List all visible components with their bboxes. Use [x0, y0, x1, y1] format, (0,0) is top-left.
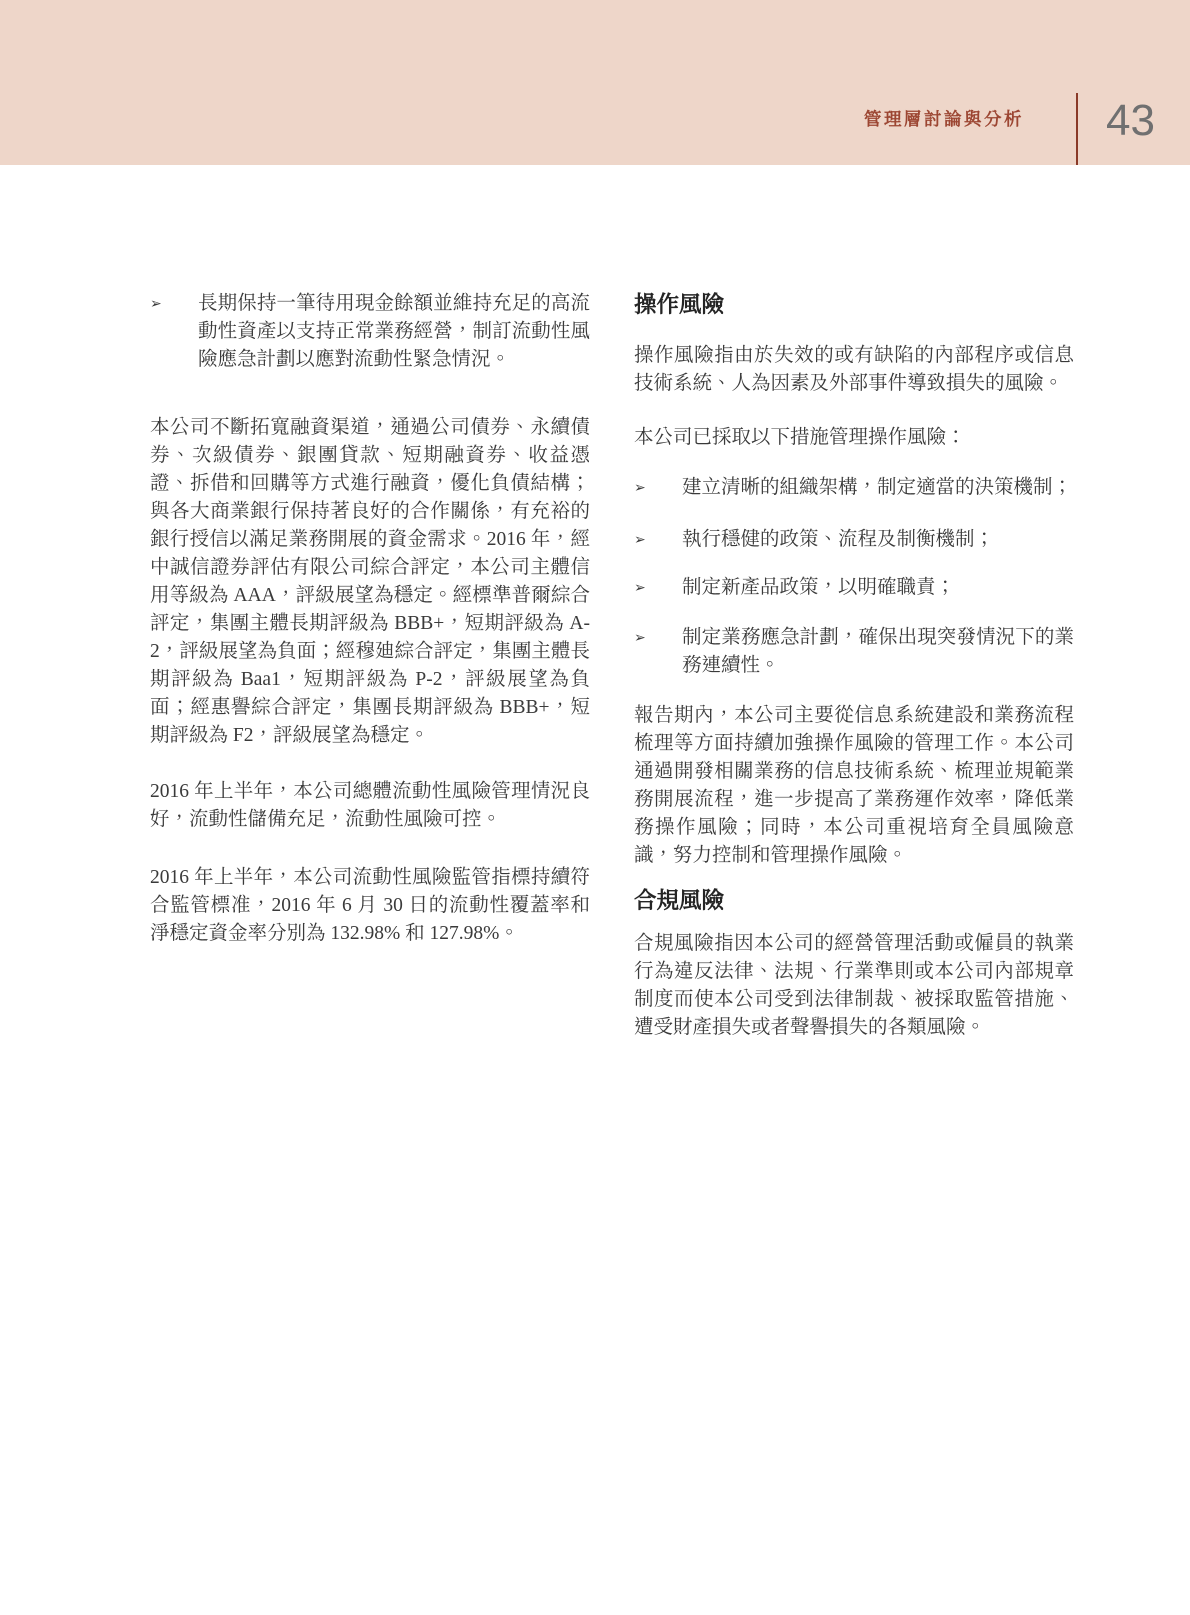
arrow-bullet-icon: ➢ — [634, 526, 682, 554]
page-number: 43 — [1106, 99, 1155, 143]
liquidity-bullet-item: ➢ 長期保持一筆待用現金餘額並維持充足的高流動性資產以支持正常業務經營，制訂流動… — [150, 290, 590, 374]
header-divider — [1076, 93, 1078, 165]
left-column: ➢ 長期保持一筆待用現金餘額並維持充足的高流動性資產以支持正常業務經營，制訂流動… — [150, 290, 590, 948]
arrow-bullet-icon: ➢ — [634, 624, 682, 680]
section-title: 管理層討論與分析 — [864, 106, 1024, 131]
measure-text: 制定新產品政策，以明確職責； — [682, 574, 1074, 602]
compliance-risk-heading: 合規風險 — [634, 886, 1074, 916]
arrow-bullet-icon: ➢ — [634, 574, 682, 602]
measure-item: ➢ 執行穩健的政策、流程及制衡機制； — [634, 526, 1074, 554]
liquidity-bullet-text: 長期保持一筆待用現金餘額並維持充足的高流動性資產以支持正常業務經營，制訂流動性風… — [198, 290, 590, 374]
operational-risk-heading: 操作風險 — [634, 290, 1074, 320]
operational-risk-management-paragraph: 報告期內，本公司主要從信息系統建設和業務流程梳理等方面持續加強操作風險的管理工作… — [634, 702, 1074, 870]
arrow-bullet-icon: ➢ — [150, 290, 198, 374]
measure-item: ➢ 制定業務應急計劃，確保出現突發情況下的業務連續性。 — [634, 624, 1074, 680]
right-column: 操作風險 操作風險指由於失效的或有缺陷的內部程序或信息技術系統、人為因素及外部事… — [634, 290, 1074, 1042]
measure-text: 執行穩健的政策、流程及制衡機制； — [682, 526, 1074, 554]
measure-item: ➢ 制定新產品政策，以明確職責； — [634, 574, 1074, 602]
financing-ratings-paragraph: 本公司不斷拓寬融資渠道，通過公司債券、永續債券、次級債券、銀團貸款、短期融資券、… — [150, 414, 590, 750]
liquidity-status-paragraph: 2016 年上半年，本公司總體流動性風險管理情況良好，流動性儲備充足，流動性風險… — [150, 778, 590, 834]
liquidity-indicators-paragraph: 2016 年上半年，本公司流動性風險監管指標持續符合監管標准，2016 年 6 … — [150, 864, 590, 948]
measure-text: 制定業務應急計劃，確保出現突發情況下的業務連續性。 — [682, 624, 1074, 680]
compliance-risk-definition: 合規風險指因本公司的經營管理活動或僱員的執業行為違反法律、法規、行業準則或本公司… — [634, 930, 1074, 1042]
operational-risk-definition: 操作風險指由於失效的或有缺陷的內部程序或信息技術系統、人為因素及外部事件導致損失… — [634, 342, 1074, 398]
report-page: 管理層討論與分析 43 ➢ 長期保持一筆待用現金餘額並維持充足的高流動性資產以支… — [0, 0, 1190, 1615]
arrow-bullet-icon: ➢ — [634, 474, 682, 502]
measures-intro: 本公司已採取以下措施管理操作風險： — [634, 424, 1074, 452]
measure-item: ➢ 建立清晰的組織架構，制定適當的決策機制； — [634, 474, 1074, 502]
measure-text: 建立清晰的組織架構，制定適當的決策機制； — [682, 474, 1074, 502]
page-header-band: 管理層討論與分析 43 — [0, 0, 1190, 165]
